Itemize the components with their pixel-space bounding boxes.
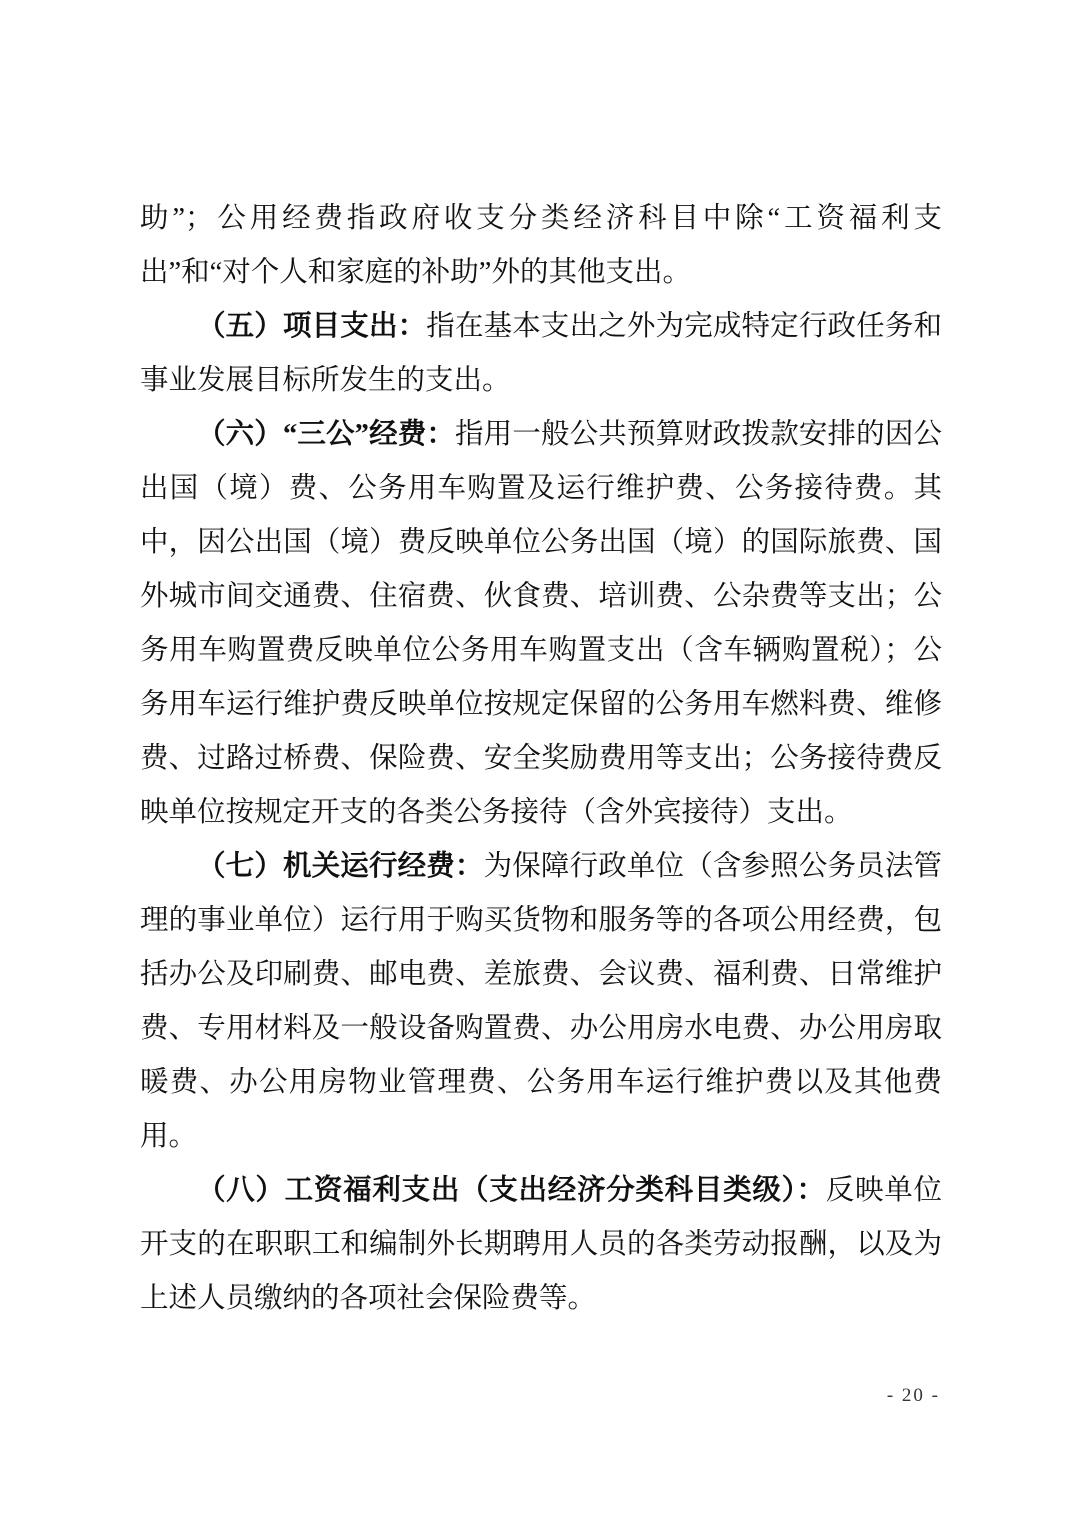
document-page: 助”；公用经费指政府收支分类经济科目中除“工资福利支出”和“对个人和家庭的补助”…	[0, 0, 1074, 1520]
paragraph-item-8: （八）工资福利支出（支出经济分类科目类级）：反映单位开支的在职职工和编制外长期聘…	[140, 1164, 942, 1326]
paragraph-lead: （五）项目支出：	[197, 311, 426, 342]
page-number: - 20 -	[887, 1384, 940, 1408]
paragraph-item-5: （五）项目支出：指在基本支出之外为完成特定行政任务和事业发展目标所发生的支出。	[140, 300, 942, 408]
paragraph-body: 为保障行政单位（含参照公务员法管理的事业单位）运行用于购买货物和服务等的各项公用…	[140, 851, 942, 1152]
paragraph-lead: （七）机关运行经费：	[197, 851, 484, 882]
paragraph-continuation: 助”；公用经费指政府收支分类经济科目中除“工资福利支出”和“对个人和家庭的补助”…	[140, 192, 942, 300]
paragraph-item-7: （七）机关运行经费：为保障行政单位（含参照公务员法管理的事业单位）运行用于购买货…	[140, 840, 942, 1164]
paragraph-item-6: （六）“三公”经费：指用一般公共预算财政拨款安排的因公出国（境）费、公务用车购置…	[140, 408, 942, 840]
paragraph-lead: （八）工资福利支出（支出经济分类科目类级）：	[197, 1175, 826, 1206]
text-block: 助”；公用经费指政府收支分类经济科目中除“工资福利支出”和“对个人和家庭的补助”…	[140, 192, 942, 1326]
paragraph-lead: （六）“三公”经费：	[197, 419, 455, 450]
paragraph-body: 助”；公用经费指政府收支分类经济科目中除“工资福利支出”和“对个人和家庭的补助”…	[140, 203, 942, 288]
paragraph-body: 指用一般公共预算财政拨款安排的因公出国（境）费、公务用车购置及运行维护费、公务接…	[140, 419, 942, 828]
